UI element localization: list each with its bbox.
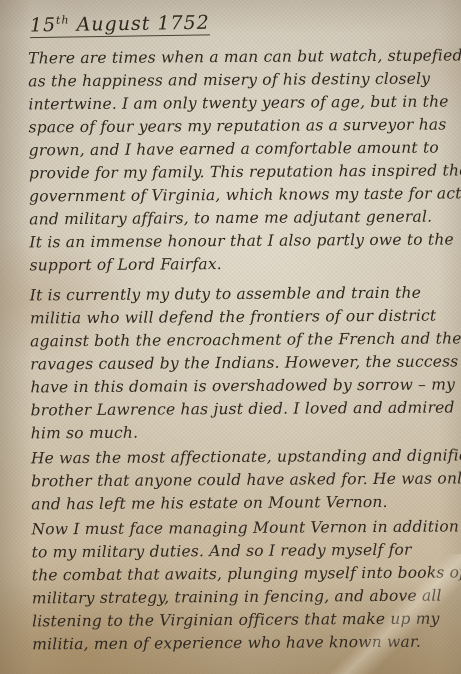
text-line: There are times when a man can but watch… <box>28 45 437 71</box>
text-line: space of four years my reputation as a s… <box>29 114 438 140</box>
entry-date: 15th August 1752 <box>30 12 210 38</box>
diary-content: 15th August 1752 There are times when a … <box>0 0 461 657</box>
text-line: brother Lawrence has just died. I loved … <box>30 397 439 423</box>
text-line: It is currently my duty to assemble and … <box>30 282 439 308</box>
text-line: support of Lord Fairfax. <box>29 252 438 278</box>
entry-date-day: 15 <box>30 14 57 36</box>
text-line: intertwine. I am only twenty years of ag… <box>28 91 437 117</box>
text-line: the combat that awaits, plunging myself … <box>32 562 441 588</box>
entry-date-text: 15th August 1752 <box>30 11 210 38</box>
entry-date-rest: August 1752 <box>69 12 210 36</box>
text-line: listening to the Virginian officers that… <box>32 608 441 634</box>
text-line: military strategy, training in fencing, … <box>32 585 441 611</box>
text-line: He was the most affectionate, upstanding… <box>31 445 440 471</box>
text-line: and has left me his estate on Mount Vern… <box>31 491 440 517</box>
text-line: government of Virginia, which knows my t… <box>29 183 438 209</box>
diary-paragraph: It is currently my duty to assemble and … <box>30 282 440 446</box>
diary-paragraph: He was the most affectionate, upstanding… <box>31 445 440 517</box>
text-line: as the happiness and misery of his desti… <box>28 68 437 94</box>
text-line: It is an immense honour that I also part… <box>29 229 438 255</box>
text-line: and military affairs, to name me adjutan… <box>29 206 438 232</box>
diary-page: 15th August 1752 There are times when a … <box>0 0 461 674</box>
text-line: have in this domain is overshadowed by s… <box>30 374 439 400</box>
diary-paragraph: Now I must face managing Mount Vernon in… <box>31 516 441 657</box>
entry-date-ordinal: th <box>56 14 70 27</box>
text-line: to my military duties. And so I ready my… <box>31 539 440 565</box>
text-line: provide for my family. This reputation h… <box>29 160 438 186</box>
text-line: brother that anyone could have asked for… <box>31 468 440 494</box>
text-line: Now I must face managing Mount Vernon in… <box>31 516 440 542</box>
diary-paragraph: There are times when a man can but watch… <box>28 45 439 278</box>
text-line: militia who will defend the frontiers of… <box>30 305 439 331</box>
text-line: militia, men of experience who have know… <box>32 631 441 657</box>
text-line: ravages caused by the Indians. However, … <box>30 351 439 377</box>
text-line: grown, and I have earned a comfortable a… <box>29 137 438 163</box>
text-line: against both the encroachment of the Fre… <box>30 328 439 354</box>
text-line: him so much. <box>31 420 440 446</box>
